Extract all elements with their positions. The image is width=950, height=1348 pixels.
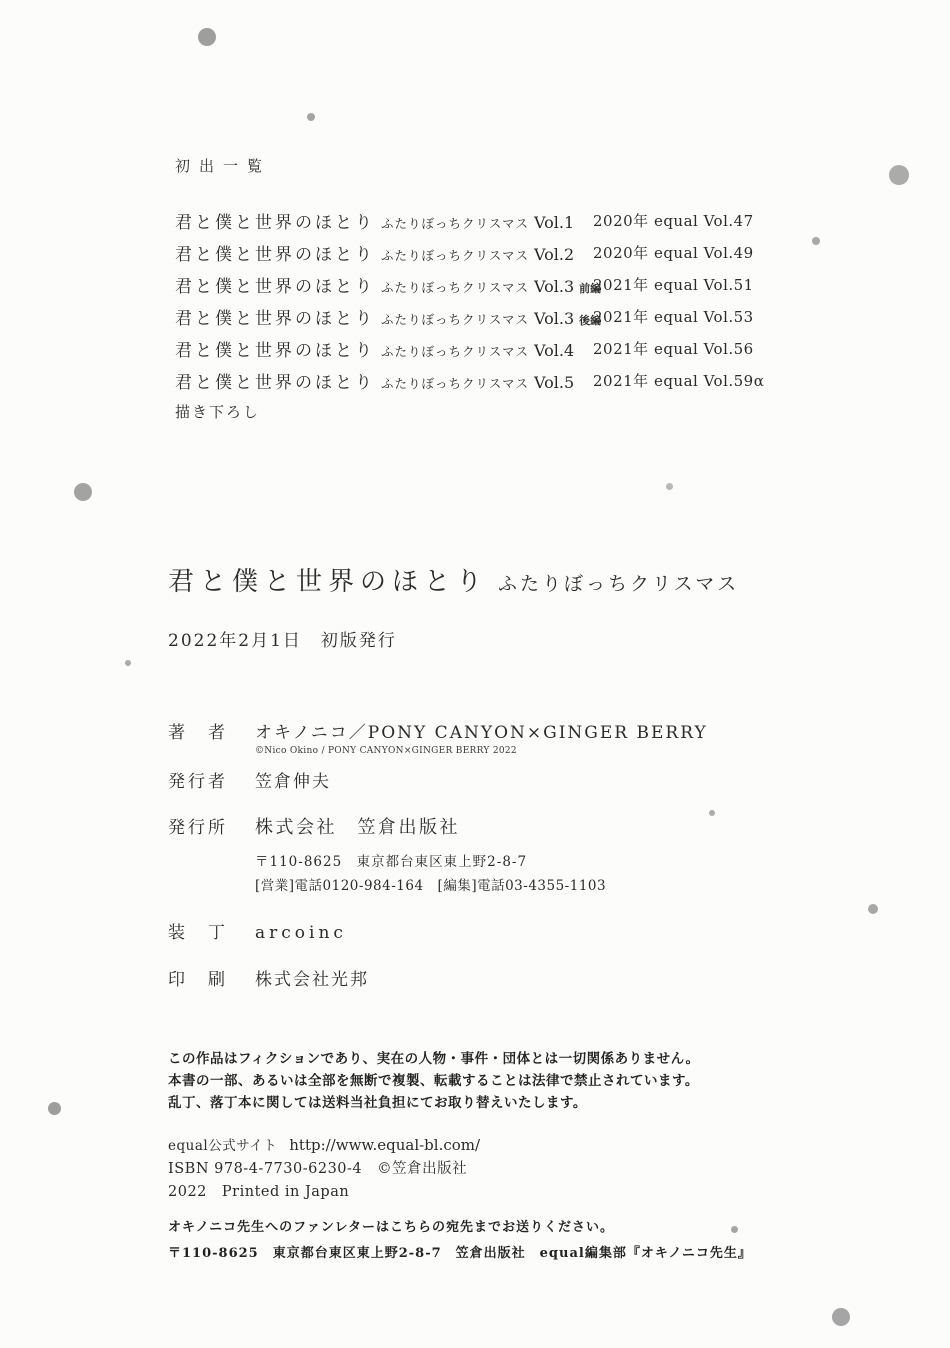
isbn-line: ISBN 978-4-7730-6230-4 ©笠倉出版社 — [168, 1158, 480, 1181]
publication-source: 2021年 equal Vol.56 — [593, 338, 754, 359]
chapter-title: 君と僕と世界のほとり — [175, 341, 375, 361]
fan-letter-address: 〒110-8625 東京都台東区東上野2-8-7 笠倉出版社 equal編集部『… — [168, 1241, 752, 1267]
copyright-note: ©Nico Okino / PONY CANYON×GINGER BERRY 2… — [255, 746, 517, 756]
publication-row: 君と僕と世界のほとりふたりぼっちクリスマスVol.1 2020年 equal V… — [175, 208, 815, 240]
decor-dot — [198, 28, 216, 46]
chapter-volume: Vol.5 — [534, 373, 574, 392]
publisher-address: 〒110-8625 東京都台東区東上野2-8-7 — [255, 850, 527, 870]
publisher-person-field: 発行者笠倉伸夫 — [168, 767, 331, 792]
publisher-person-label: 発行者 — [168, 767, 255, 792]
chapter-subtitle: ふたりぼっちクリスマス — [381, 376, 529, 391]
publication-row: 君と僕と世界のほとりふたりぼっちクリスマスVol.3前編 2021年 equal… — [175, 272, 815, 304]
decor-dot — [832, 1308, 850, 1326]
colophon-page: 初出一覧 君と僕と世界のほとりふたりぼっちクリスマスVol.1 2020年 eq… — [0, 0, 950, 1348]
chapter-title: 君と僕と世界のほとり — [175, 277, 375, 297]
publication-source: 2021年 equal Vol.59α — [593, 370, 764, 391]
printed-in-japan-line: 2022 Printed in Japan — [168, 1181, 480, 1204]
edition-date: 2022年2月1日 初版発行 — [168, 626, 397, 651]
fan-letter-notice: オキノニコ先生へのファンレターはこちらの宛先までお送りください。 — [168, 1215, 752, 1241]
decor-dot — [48, 1102, 61, 1115]
publication-info: equal公式サイトhttp://www.equal-bl.com/ ISBN … — [168, 1133, 480, 1204]
fan-letter-section: オキノニコ先生へのファンレターはこちらの宛先までお送りください。 〒110-86… — [168, 1215, 752, 1267]
publisher-value: 株式会社 笠倉出版社 — [255, 817, 460, 838]
publication-row: 君と僕と世界のほとりふたりぼっちクリスマスVol.2 2020年 equal V… — [175, 240, 815, 272]
decor-dot — [125, 660, 131, 666]
colophon-section: 君と僕と世界のほとりふたりぼっちクリスマス 2022年2月1日 初版発行 著 者… — [168, 560, 868, 598]
chapter-volume: Vol.2 — [534, 245, 574, 264]
publication-source: 2021年 equal Vol.53 — [593, 306, 754, 327]
chapter-title: 君と僕と世界のほとり — [175, 213, 375, 233]
official-site-url: http://www.equal-bl.com/ — [289, 1136, 480, 1154]
decor-dot — [709, 810, 715, 816]
chapter-subtitle: ふたりぼっちクリスマス — [381, 248, 529, 263]
official-site-line: equal公式サイトhttp://www.equal-bl.com/ — [168, 1133, 480, 1158]
newly-drawn-note: 描き下ろし — [175, 401, 815, 422]
chapter-volume: Vol.4 — [534, 341, 574, 360]
decor-dot — [889, 165, 909, 185]
copy-prohibition-notice: 本書の一部、あるいは全部を無断で複製、転載することは法律で禁止されています。 — [168, 1070, 699, 1092]
chapter-title: 君と僕と世界のほとり — [175, 309, 375, 329]
publisher-person-value: 笠倉伸夫 — [255, 772, 331, 792]
printer-value: 株式会社光邦 — [255, 970, 369, 990]
author-field: 著 者オキノニコ／PONY CANYON×GINGER BERRY — [168, 718, 708, 743]
design-label: 装 丁 — [168, 918, 255, 943]
publication-source: 2021年 equal Vol.51 — [593, 274, 754, 295]
decor-dot — [868, 904, 878, 914]
publisher-label: 発行所 — [168, 813, 255, 838]
legal-notices: この作品はフィクションであり、実在の人物・事件・団体とは一切関係ありません。 本… — [168, 1048, 699, 1114]
chapter-title: 君と僕と世界のほとり — [175, 373, 375, 393]
design-value: arcoinc — [255, 923, 347, 943]
publisher-phones: [営業]電話0120-984-164 [編集]電話03-4355-1103 — [255, 874, 606, 894]
chapter-subtitle: ふたりぼっちクリスマス — [381, 216, 529, 231]
printer-field: 印 刷株式会社光邦 — [168, 965, 369, 990]
decor-dot — [666, 483, 673, 490]
publication-row: 君と僕と世界のほとりふたりぼっちクリスマスVol.4 2021年 equal V… — [175, 336, 815, 368]
book-title-main: 君と僕と世界のほとり — [168, 567, 488, 597]
publication-source: 2020年 equal Vol.47 — [593, 210, 754, 231]
book-title-subtitle: ふたりぼっちクリスマス — [498, 573, 739, 595]
chapter-volume: Vol.1 — [534, 213, 574, 232]
chapter-subtitle: ふたりぼっちクリスマス — [381, 280, 529, 295]
book-title: 君と僕と世界のほとりふたりぼっちクリスマス — [168, 560, 868, 598]
chapter-volume: Vol.3 — [534, 277, 574, 296]
chapter-subtitle: ふたりぼっちクリスマス — [381, 344, 529, 359]
chapter-subtitle: ふたりぼっちクリスマス — [381, 312, 529, 327]
first-publication-section: 初出一覧 君と僕と世界のほとりふたりぼっちクリスマスVol.1 2020年 eq… — [175, 155, 815, 422]
decor-dot — [74, 483, 92, 501]
decor-dot — [307, 113, 315, 121]
printer-label: 印 刷 — [168, 965, 255, 990]
publication-row: 君と僕と世界のほとりふたりぼっちクリスマスVol.5 2021年 equal V… — [175, 368, 815, 400]
first-publication-heading: 初出一覧 — [175, 155, 815, 176]
author-label: 著 者 — [168, 718, 255, 743]
author-value: オキノニコ／PONY CANYON×GINGER BERRY — [255, 723, 708, 743]
chapter-title: 君と僕と世界のほとり — [175, 245, 375, 265]
publisher-field: 発行所株式会社 笠倉出版社 — [168, 813, 460, 839]
publication-source: 2020年 equal Vol.49 — [593, 242, 754, 263]
defective-copy-notice: 乱丁、落丁本に関しては送料当社負担にてお取り替えいたします。 — [168, 1092, 699, 1114]
publication-row: 君と僕と世界のほとりふたりぼっちクリスマスVol.3後編 2021年 equal… — [175, 304, 815, 336]
design-field: 装 丁arcoinc — [168, 918, 347, 943]
chapter-volume: Vol.3 — [534, 309, 574, 328]
official-site-label: equal公式サイト — [168, 1138, 277, 1154]
fiction-disclaimer: この作品はフィクションであり、実在の人物・事件・団体とは一切関係ありません。 — [168, 1048, 699, 1070]
